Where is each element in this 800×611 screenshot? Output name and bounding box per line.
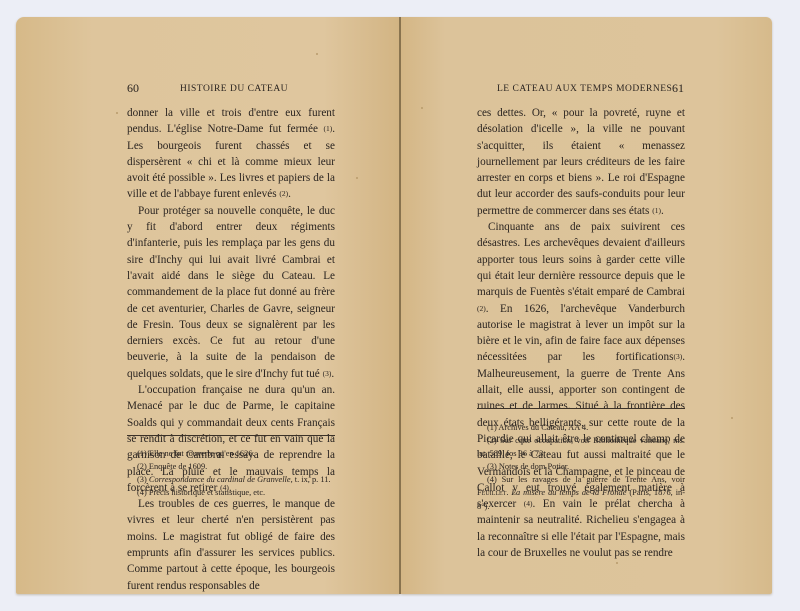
paper-speck — [316, 53, 318, 55]
footnote-rule — [127, 435, 335, 436]
footnote: (4) Précis historique et statistique, et… — [127, 486, 335, 499]
footnote: (2) Sur cette occupation, voir Bibliothè… — [477, 434, 685, 460]
body-text: donner la ville et trois d'entre eux fur… — [127, 105, 335, 594]
page-number: 61 — [672, 81, 684, 96]
footnote: (4) Sur les ravages de la guerre de Tren… — [477, 473, 685, 512]
paper-speck — [616, 562, 618, 564]
footnote-ref: (1) — [323, 124, 332, 133]
paper-speck — [356, 177, 358, 179]
paper-speck — [116, 112, 118, 114]
paragraph: Les troubles de ces guerres, le manque d… — [127, 496, 335, 594]
footnote-ref: (2) — [279, 189, 288, 198]
footnote-ref: (1) — [652, 206, 661, 215]
footnote: (2) Enquête de 1609. — [127, 460, 335, 473]
right-page: LE CATEAU AUX TEMPS MODERNES 61 ces dett… — [401, 17, 772, 594]
paper-speck — [731, 417, 733, 419]
footnote-ref: (2) — [477, 304, 486, 313]
footnote: (3) Correspondance du cardinal de Granve… — [127, 473, 335, 486]
paragraph: ces dettes. Or, « pour la povreté, ruyne… — [477, 105, 685, 219]
footnotes: (1) Elle ne fut rouverte qu'en 1626. (2)… — [127, 447, 335, 499]
footnote-rule — [477, 408, 685, 409]
paragraph: donner la ville et trois d'entre eux fur… — [127, 105, 335, 203]
open-book: 60 HISTOIRE DU CATEAU donner la ville et… — [16, 17, 772, 594]
paper-speck — [421, 107, 423, 109]
footnote: (1) Archives du Cateau, AA 4. — [477, 421, 685, 434]
footnote: (3) Notes de dom Potier. — [477, 460, 685, 473]
running-head: HISTOIRE DU CATEAU — [180, 84, 288, 94]
paragraph: Pour protéger sa nouvelle conquête, le d… — [127, 203, 335, 382]
page-number: 60 — [127, 81, 139, 96]
footnotes: (1) Archives du Cateau, AA 4. (2) Sur ce… — [477, 421, 685, 513]
footnote-ref: (3) — [673, 352, 682, 361]
running-head: LE CATEAU AUX TEMPS MODERNES — [497, 84, 672, 94]
left-page: 60 HISTOIRE DU CATEAU donner la ville et… — [16, 17, 400, 594]
footnote: (1) Elle ne fut rouverte qu'en 1626. — [127, 447, 335, 460]
